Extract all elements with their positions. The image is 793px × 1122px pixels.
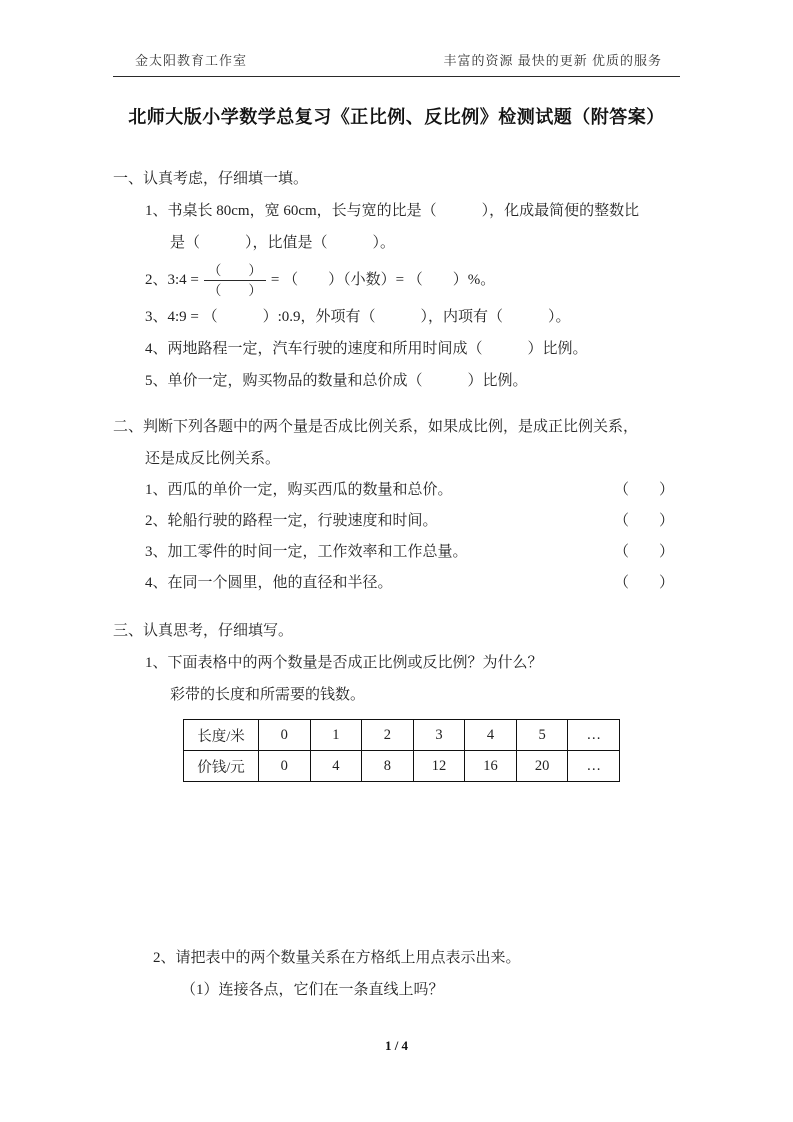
judge-item-answer-blank: （ ） (614, 475, 674, 506)
table-cell: 4 (465, 720, 517, 751)
header-brand: 金太阳教育工作室 (135, 50, 247, 69)
section2-heading-line1: 二、判断下列各题中的两个量是否成比例关系，如果成比例，是成正比例关系， (113, 411, 680, 443)
page-number: 1 / 4 (113, 1038, 680, 1054)
page-header: 金太阳教育工作室 丰富的资源 最快的更新 优质的服务 (113, 0, 680, 77)
section1-item1-line2: 是（ ），比值是（ ）。 (113, 227, 680, 259)
section1-item2-prefix: 2、3:4 = (145, 264, 199, 296)
section1-item3: 3、4:9 = （ ）:0.9，外项有（ ），内项有（ ）。 (113, 301, 680, 333)
judge-item-text: 3、加工零件的时间一定，工作效率和工作总量。 (145, 537, 468, 568)
section1-item1-line1: 1、书桌长 80cm，宽 60cm，长与宽的比是（ ），化成最简便的整数比 (113, 195, 680, 227)
section3-item1: 1、下面表格中的两个数量是否成正比例或反比例？为什么？ (113, 647, 680, 679)
section1-item5: 5、单价一定，购买物品的数量和总价成（ ）比例。 (113, 365, 680, 397)
section3-item1-note: 彩带的长度和所需要的钱数。 (113, 679, 680, 711)
table-cell: … (568, 720, 620, 751)
fraction-denominator: （ ） (204, 281, 266, 300)
table-cell: 16 (465, 751, 517, 782)
judge-item-answer-blank: （ ） (614, 506, 674, 537)
table-row-price: 价钱/元 0 4 8 12 16 20 … (184, 751, 620, 782)
section1-heading: 一、认真考虑，仔细填一填。 (113, 163, 680, 195)
judge-item-answer-blank: （ ） (614, 568, 674, 599)
table-cell: 5 (516, 720, 568, 751)
section3-item2-sub1: （1）连接各点，它们在一条直线上吗？ (113, 974, 680, 1006)
section2-heading-line2: 还是成反比例关系。 (113, 443, 680, 475)
row-header-length: 长度/米 (184, 720, 259, 751)
judge-item: 1、西瓜的单价一定，购买西瓜的数量和总价。 （ ） (113, 475, 680, 506)
judge-item-text: 4、在同一个圆里，他的直径和半径。 (145, 568, 393, 599)
judge-item-text: 2、轮船行驶的路程一定，行驶速度和时间。 (145, 506, 438, 537)
judge-item-text: 1、西瓜的单价一定，购买西瓜的数量和总价。 (145, 475, 453, 506)
section1-item2-suffix: = （ ）（小数）= （ ）%。 (271, 264, 495, 296)
fraction-blank: （ ） （ ） (204, 261, 266, 300)
row-header-price: 价钱/元 (184, 751, 259, 782)
section3-item2: 2、请把表中的两个数量关系在方格纸上用点表示出来。 (113, 942, 680, 974)
table-cell: 2 (362, 720, 414, 751)
table-cell: 3 (413, 720, 465, 751)
table-cell: 8 (362, 751, 414, 782)
judge-item: 4、在同一个圆里，他的直径和半径。 （ ） (113, 568, 680, 599)
fraction-numerator: （ ） (204, 261, 266, 281)
table-cell: 1 (310, 720, 362, 751)
judge-item: 3、加工零件的时间一定，工作效率和工作总量。 （ ） (113, 537, 680, 568)
table-cell: 12 (413, 751, 465, 782)
ribbon-price-table: 长度/米 0 1 2 3 4 5 … 价钱/元 0 4 8 12 16 20 … (183, 719, 620, 782)
table-cell: 0 (259, 720, 311, 751)
judge-item-answer-blank: （ ） (614, 537, 674, 568)
section1-item4: 4、两地路程一定，汽车行驶的速度和所用时间成（ ）比例。 (113, 333, 680, 365)
table-cell: 20 (516, 751, 568, 782)
table-cell: 0 (259, 751, 311, 782)
table-cell: … (568, 751, 620, 782)
judge-item: 2、轮船行驶的路程一定，行驶速度和时间。 （ ） (113, 506, 680, 537)
header-tagline: 丰富的资源 最快的更新 优质的服务 (443, 50, 662, 69)
table-row-length: 长度/米 0 1 2 3 4 5 … (184, 720, 620, 751)
section1-item2: 2、3:4 = （ ） （ ） = （ ）（小数）= （ ）%。 (113, 259, 680, 301)
table-cell: 4 (310, 751, 362, 782)
section3-heading: 三、认真思考，仔细填写。 (113, 615, 680, 647)
document-page: 金太阳教育工作室 丰富的资源 最快的更新 优质的服务 北师大版小学数学总复习《正… (0, 0, 793, 1122)
page-title: 北师大版小学数学总复习《正比例、反比例》检测试题（附答案） (113, 103, 680, 129)
